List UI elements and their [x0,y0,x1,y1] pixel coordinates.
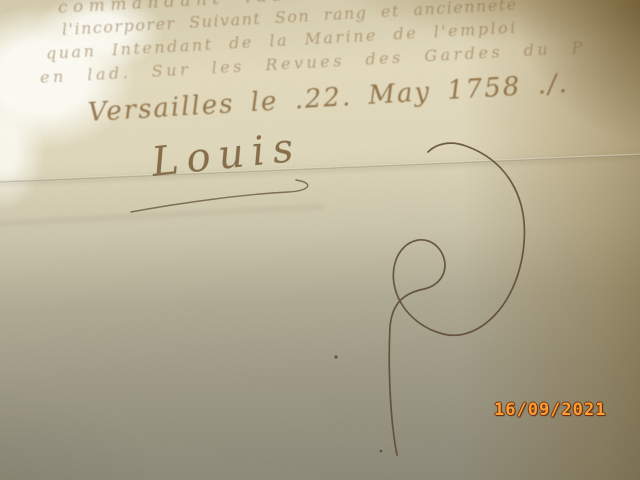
ink-dot [380,450,383,453]
camera-date-stamp: 16/09/2021 [494,400,606,420]
signature-underline-flourish [131,180,308,212]
ink-dot [334,355,337,358]
photographed-manuscript: commandant lad. Compagnie l'incorporer S… [0,0,640,480]
